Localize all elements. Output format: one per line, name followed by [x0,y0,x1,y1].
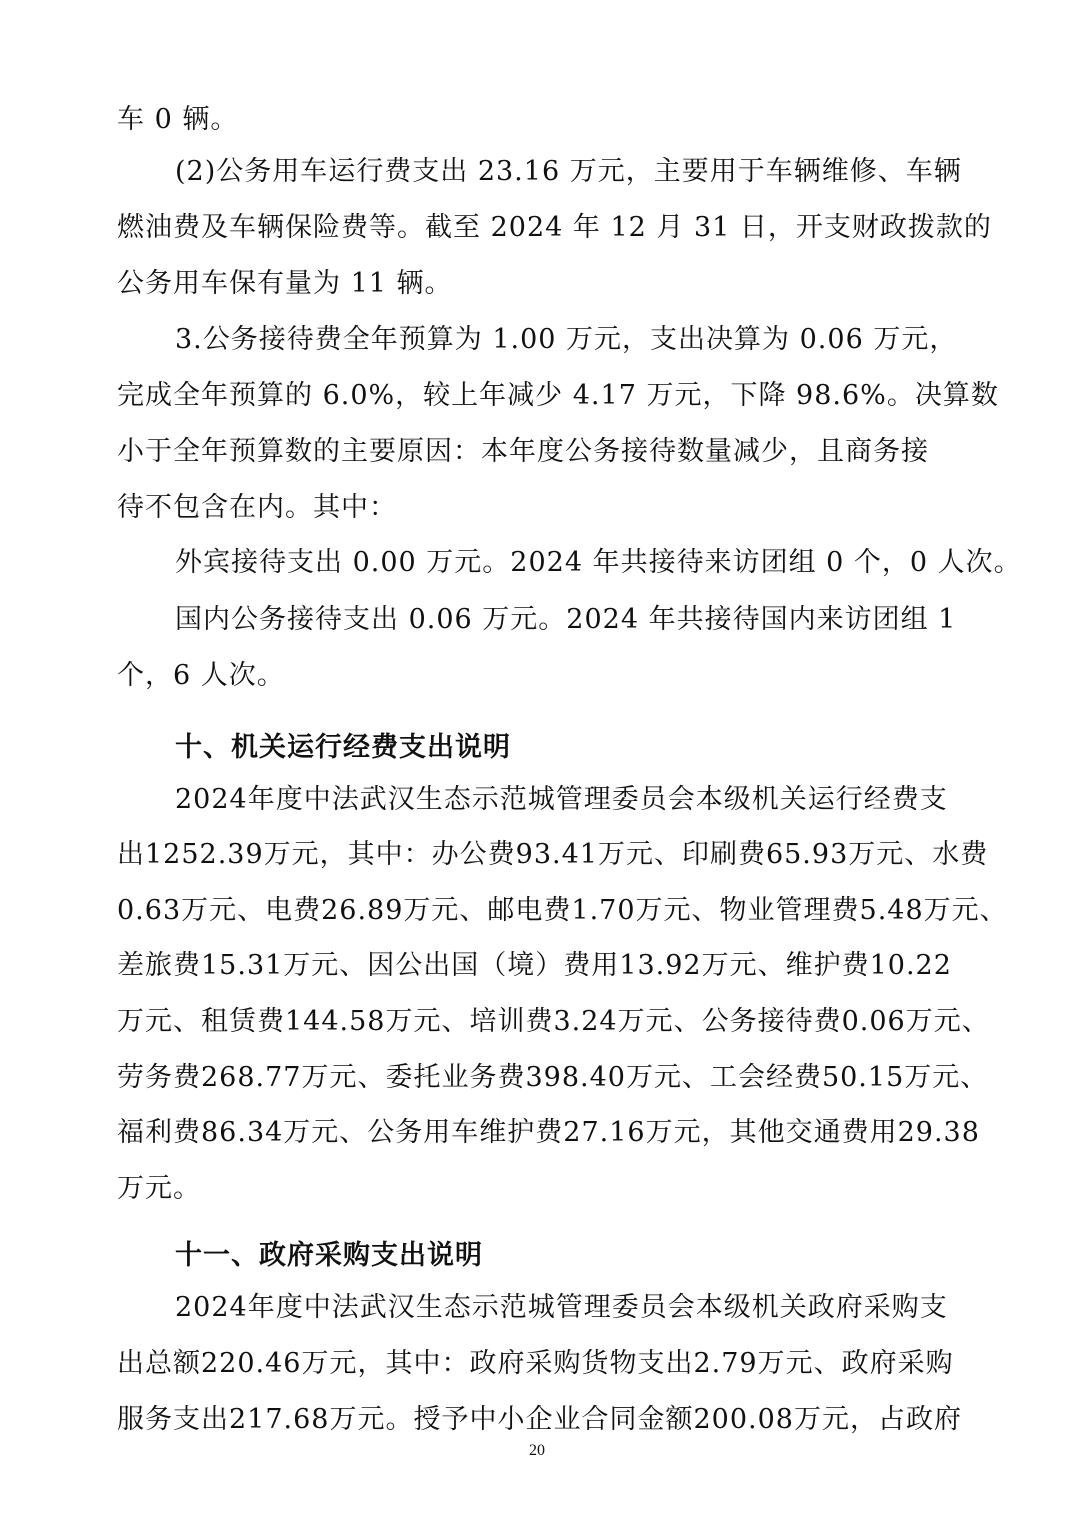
text-line: 福利费86.34万元、公务用车维护费27.16万元，其他交通费用29.38 [117,1113,980,1153]
page-number: 20 [0,1442,1074,1460]
text-line: 完成全年预算的 6.0%，较上年减少 4.17 万元，下降 98.6%。决算数 [117,376,999,416]
section-heading-11: 十一、政府采购支出说明 [175,1236,483,1276]
text-line: 万元、租赁费144.58万元、培训费3.24万元、公务接待费0.06万元、 [117,1002,990,1042]
text-line: 待不包含在内。其中： [117,488,397,528]
document-page: 车 0 辆。 (2)公务用车运行费支出 23.16 万元，主要用于车辆维修、车辆… [0,0,1074,1520]
text-line: 车 0 辆。 [117,100,238,140]
text-line: 劳务费268.77万元、委托业务费398.40万元、工会经费50.15万元、 [117,1058,988,1098]
text-line: 公务用车保有量为 11 辆。 [117,264,453,304]
text-line: 2024年度中法武汉生态示范城管理委员会本级机关运行经费支 [175,780,948,820]
text-line: 外宾接待支出 0.00 万元。2024 年共接待来访团组 0 个，0 人次。 [175,543,1022,583]
text-line: 差旅费15.31万元、因公出国（境）费用13.92万元、维护费10.22 [117,946,952,986]
text-line: 小于全年预算数的主要原因：本年度公务接待数量减少，且商务接 [117,432,929,472]
text-line: 2024年度中法武汉生态示范城管理委员会本级机关政府采购支 [175,1288,948,1328]
text-line: 个，6 人次。 [117,656,285,696]
text-line: (2)公务用车运行费支出 23.16 万元，主要用于车辆维修、车辆 [175,152,962,192]
text-line: 国内公务接待支出 0.06 万元。2024 年共接待国内来访团组 1 [175,600,956,640]
text-line: 万元。 [117,1169,201,1209]
section-heading-10: 十、机关运行经费支出说明 [175,728,511,768]
text-line: 出1252.39万元，其中：办公费93.41万元、印刷费65.93万元、水费 [117,835,988,875]
text-line: 服务支出217.68万元。授予中小企业合同金额200.08万元，占政府 [117,1400,962,1440]
text-line: 3.公务接待费全年预算为 1.00 万元，支出决算为 0.06 万元， [175,320,957,360]
text-line: 燃油费及车辆保险费等。截至 2024 年 12 月 31 日，开支财政拨款的 [117,208,992,248]
text-line: 出总额220.46万元，其中：政府采购货物支出2.79万元、政府采购 [117,1344,954,1384]
text-line: 0.63万元、电费26.89万元、邮电费1.70万元、物业管理费5.48万元、 [117,891,1008,931]
